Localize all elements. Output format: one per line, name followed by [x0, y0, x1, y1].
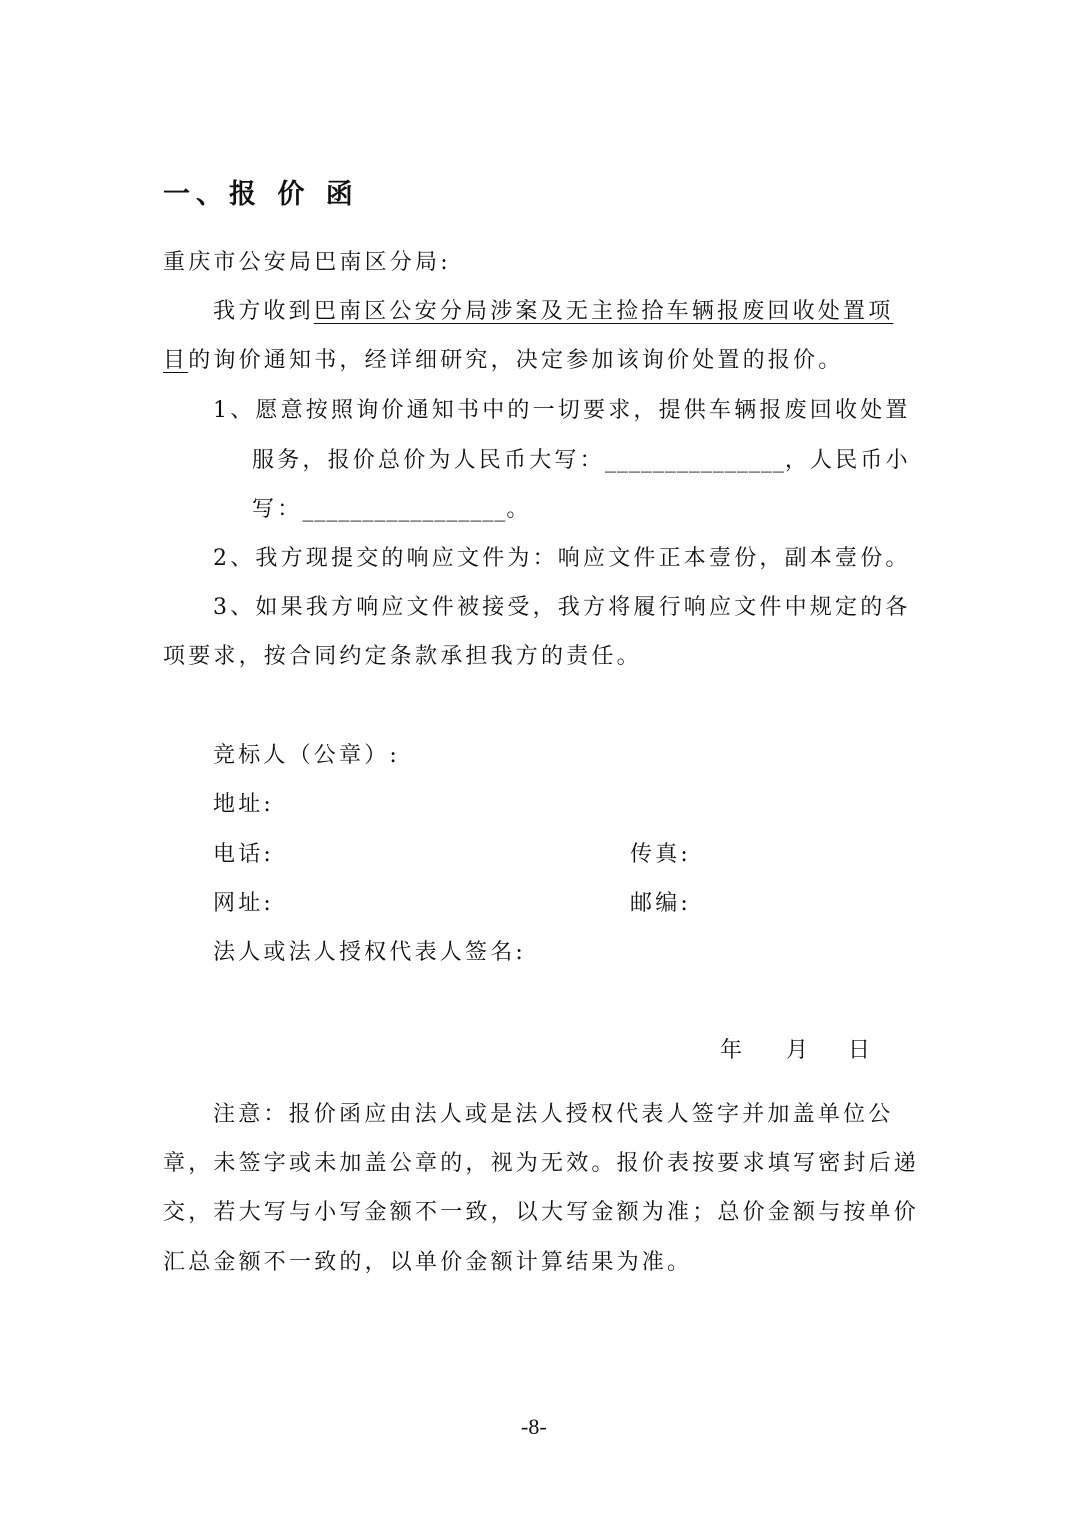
field-postcode: 邮编: [630, 889, 691, 919]
item-3-line-1: 3、如果我方响应文件被接受，我方将履行响应文件中规定的各 [213, 593, 911, 623]
item-1-line-3: 写：_________________。 [252, 495, 532, 525]
field-signature: 法人或法人授权代表人签名: [213, 938, 526, 968]
field-bidder: 竞标人（公章）: [213, 741, 400, 771]
page-number: -8- [521, 1414, 547, 1440]
field-website: 网址: [213, 889, 274, 919]
note-line-2: 章，未签字或未加盖公章的，视为无效。报价表按要求填写密封后递 [163, 1149, 919, 1179]
intro-suffix: 的询价通知书，经详细研究，决定参加该询价处置的报价。 [188, 348, 843, 373]
page-heading: 一、报 价 函 [163, 172, 359, 211]
field-address: 地址: [213, 790, 274, 820]
project-name: 巴南区公安分局涉案及无主捡拾车辆报废回收处置项 [314, 299, 894, 324]
intro-prefix: 我方收到 [213, 299, 314, 324]
item-3-line-2: 项要求，按合同约定条款承担我方的责任。 [163, 642, 642, 672]
total-price-label: 服务，报价总价为人民币大写： [252, 448, 605, 473]
item-2: 2、我方现提交的响应文件为：响应文件正本壹份，副本壹份。 [213, 544, 911, 574]
price-lower-label-cont: 写： [252, 497, 302, 522]
intro-line-2: 目的询价通知书，经详细研究，决定参加该询价处置的报价。 [163, 346, 843, 376]
date-year: 年 [720, 1036, 745, 1066]
item-1-line-1: 1、愿意按照询价通知书中的一切要求，提供车辆报废回收处置 [213, 396, 911, 426]
item-1-line-2: 服务，报价总价为人民币大写：_______________，人民币小 [252, 446, 911, 476]
note-line-4: 汇总金额不一致的，以单价金额计算结果为准。 [163, 1248, 692, 1278]
period: 。 [506, 497, 531, 522]
date-month: 月 [786, 1036, 811, 1066]
price-upper-blank: _______________ [605, 448, 785, 473]
field-phone: 电话: [213, 840, 274, 870]
project-name-cont: 目 [163, 348, 188, 373]
intro-line-1: 我方收到巴南区公安分局涉案及无主捡拾车辆报废回收处置项 [213, 297, 893, 327]
price-lower-blank: _________________ [302, 497, 506, 522]
date-day: 日 [848, 1036, 873, 1066]
field-fax: 传真: [630, 840, 691, 870]
note-line-1: 注意：报价函应由法人或是法人授权代表人签字并加盖单位公 [213, 1100, 893, 1130]
note-line-3: 交，若大写与小写金额不一致，以大写金额为准；总价金额与按单价 [163, 1198, 919, 1228]
price-lower-label: ，人民币小 [785, 448, 911, 473]
addressee: 重庆市公安局巴南区分局: [163, 248, 451, 278]
